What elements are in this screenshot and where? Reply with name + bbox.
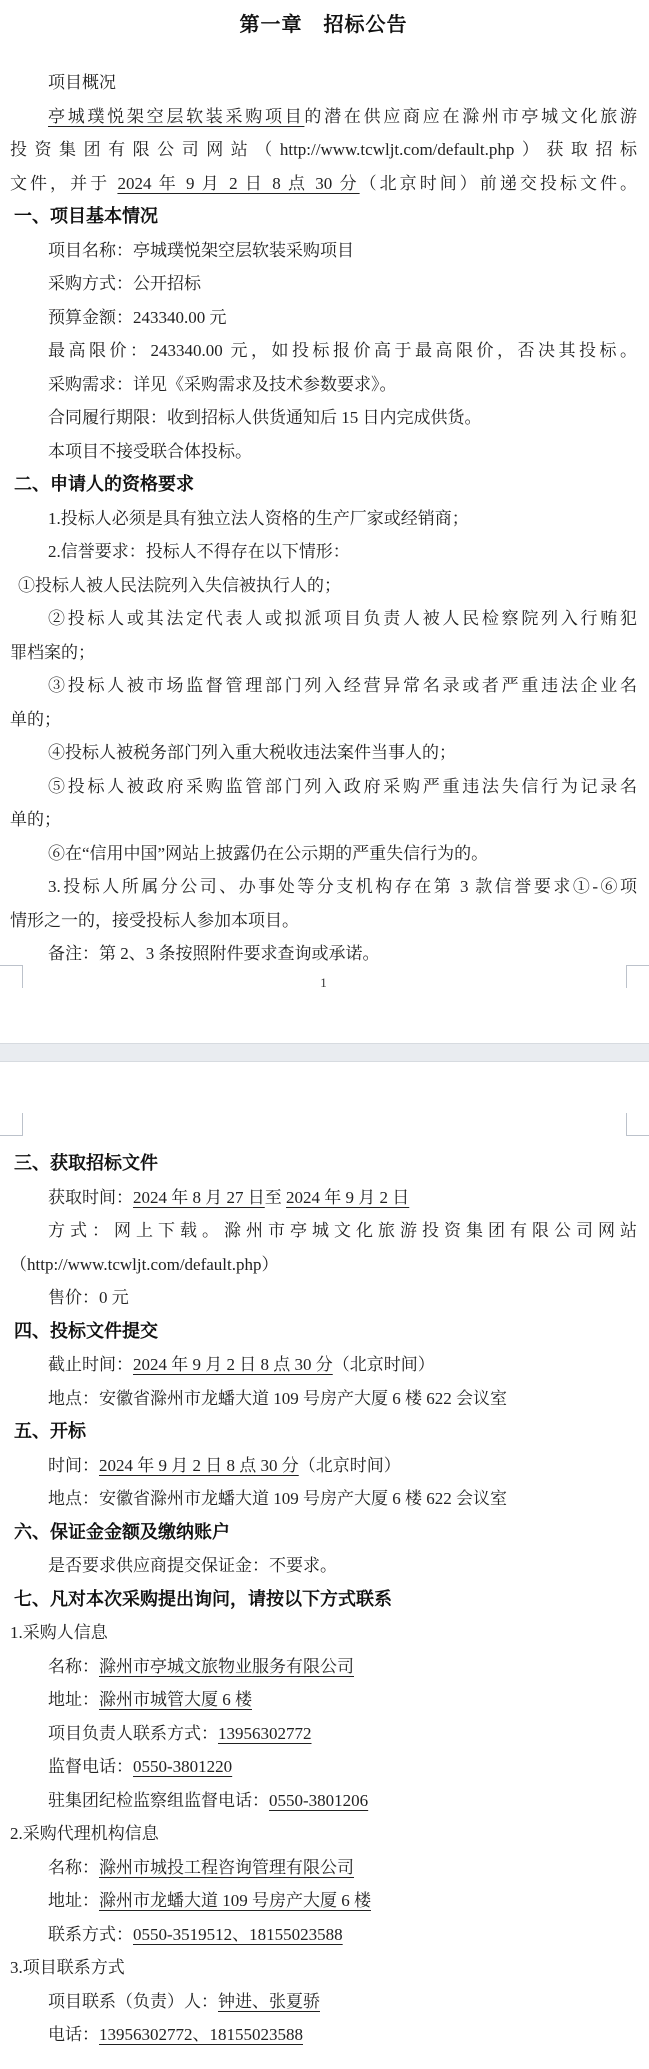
text-segment: （http://www.tcwljt.com/default.php）	[10, 1255, 279, 1274]
text-line: 备注：第 2、3 条按照附件要求查询或承诺。	[10, 937, 637, 971]
underlined-value: 滁州市亭城文旅物业服务有限公司	[99, 1657, 354, 1676]
underlined-value: 滁州市城投工程咨询管理有限公司	[99, 1858, 354, 1877]
section-heading: 四、投标文件提交	[10, 1315, 637, 1349]
section-heading: 六、保证金金额及缴纳账户	[10, 1516, 637, 1550]
text-segment: （北京时间）	[333, 1355, 435, 1374]
section-heading: 七、凡对本次采购提出询问，请按以下方式联系	[10, 1583, 637, 1617]
text-segment: 2.采购代理机构信息	[10, 1824, 159, 1843]
underlined-value: 13956302772、18155023588	[99, 2025, 303, 2044]
page-2-body: 三、获取招标文件获取时间：2024 年 8 月 27 日至 2024 年 9 月…	[10, 1147, 637, 2052]
title-spacer	[10, 44, 637, 66]
section-heading: 二、申请人的资格要求	[10, 468, 637, 502]
text-line: 方式：网上下载。滁州市亭城文化旅游投资集团有限公司网站	[10, 1214, 637, 1248]
text-segment: 时间：	[48, 1456, 99, 1475]
underlined-value: 钟进、张夏骄	[218, 1992, 320, 2011]
text-segment: 获取时间：	[48, 1188, 133, 1207]
text-line: 获取时间：2024 年 8 月 27 日至 2024 年 9 月 2 日	[10, 1181, 637, 1215]
margin-mark-bottom-left-icon	[0, 965, 23, 988]
text-segment: 截止时间：	[48, 1355, 133, 1374]
text-line: 售价：0 元	[10, 1281, 637, 1315]
text-segment: 六、保证金金额及缴纳账户	[14, 1522, 230, 1542]
text-segment: 备注：第 2、3 条按照附件要求查询或承诺。	[48, 944, 380, 963]
text-line: 3.投标人所属分公司、办事处等分支机构存在第 3 款信誉要求①-⑥项	[10, 870, 637, 904]
text-segment: 项目负责人联系方式：	[48, 1724, 218, 1743]
underlined-value: 2024 年 9 月 2 日	[286, 1188, 409, 1207]
text-segment: 合同履行期限：收到招标人供货通知后 15 日内完成供货。	[48, 408, 482, 427]
text-line: 截止时间：2024 年 9 月 2 日 8 点 30 分（北京时间）	[10, 1348, 637, 1382]
text-segment: ②投标人或其法定代表人或拟派项目负责人被人民检察院列入行贿犯	[48, 609, 637, 628]
text-segment: 文件，并于	[10, 174, 117, 193]
text-segment: 七、凡对本次采购提出询问，请按以下方式联系	[14, 1589, 392, 1609]
underlined-value: 0550-3801220	[133, 1757, 232, 1776]
text-segment: 三、获取招标文件	[14, 1153, 158, 1173]
underlined-value: 滁州市城管大厦 6 楼	[99, 1690, 252, 1709]
text-segment: 电话：	[48, 2025, 99, 2044]
text-line: 情形之一的，接受投标人参加本项目。	[10, 904, 637, 938]
text-line: 文件，并于 2024 年 9 月 2 日 8 点 30 分（北京时间）前递交投标…	[10, 167, 637, 201]
text-segment: 名称：	[48, 1858, 99, 1877]
text-segment: 一、项目基本情况	[14, 206, 158, 226]
text-line: 预算金额：243340.00 元	[10, 301, 637, 335]
underlined-value: 2024 年 8 月 27 日	[133, 1188, 265, 1207]
text-segment: 地点：安徽省滁州市龙蟠大道 109 号房产大厦 6 楼 622 会议室	[48, 1389, 507, 1408]
text-line: ④投标人被税务部门列入重大税收违法案件当事人的；	[10, 736, 637, 770]
text-segment: 方式：网上下载。滁州市亭城文化旅游投资集团有限公司网站	[48, 1221, 637, 1240]
section-heading: 三、获取招标文件	[10, 1147, 637, 1181]
text-line: 投资集团有限公司网站（http://www.tcwljt.com/default…	[10, 133, 637, 167]
text-line: 地点：安徽省滁州市龙蟠大道 109 号房产大厦 6 楼 622 会议室	[10, 1382, 637, 1416]
text-line: ②投标人或其法定代表人或拟派项目负责人被人民检察院列入行贿犯	[10, 602, 637, 636]
text-line: 2.信誉要求：投标人不得存在以下情形：	[10, 535, 637, 569]
text-segment: 采购方式：公开招标	[48, 274, 201, 293]
text-line: 合同履行期限：收到招标人供货通知后 15 日内完成供货。	[10, 401, 637, 435]
text-segment: 地址：	[48, 1891, 99, 1910]
underlined-value: 2024 年 9 月 2 日 8 点 30 分	[133, 1355, 333, 1374]
text-segment: ①投标人被人民法院列入失信被执行人的；	[18, 576, 341, 595]
text-segment: （北京时间）	[299, 1456, 401, 1475]
text-line: 名称：滁州市城投工程咨询管理有限公司	[10, 1851, 637, 1885]
page-separator	[0, 1043, 649, 1062]
text-segment: 2.信誉要求：投标人不得存在以下情形：	[48, 542, 350, 561]
doc-title: 第一章 招标公告	[10, 6, 637, 44]
text-line: 单的；	[10, 703, 637, 737]
underlined-value: 亭城璞悦架空层软装采购项目	[48, 107, 304, 126]
text-line: 项目名称：亭城璞悦架空层软装采购项目	[10, 234, 637, 268]
text-line: 1.投标人必须是具有独立法人资格的生产厂家或经销商；	[10, 502, 637, 536]
text-segment: 项目联系（负责）人：	[48, 1992, 218, 2011]
text-segment: 地址：	[48, 1690, 99, 1709]
text-line: 2.采购代理机构信息	[10, 1817, 637, 1851]
text-line: 监督电话：0550-3801220	[10, 1750, 637, 1784]
text-line: 项目概况	[10, 66, 637, 100]
page-1-body: 项目概况亭城璞悦架空层软装采购项目的潜在供应商应在滁州市亭城文化旅游投资集团有限…	[10, 66, 637, 971]
text-segment: 项目概况	[48, 73, 116, 92]
section-heading: 一、项目基本情况	[10, 200, 637, 234]
text-line: 1.采购人信息	[10, 1616, 637, 1650]
text-segment: 投资集团有限公司网站（http://www.tcwljt.com/default…	[10, 140, 637, 159]
text-segment: 预算金额：243340.00 元	[48, 308, 227, 327]
underlined-value: 2024 年 9 月 2 日 8 点 30 分	[117, 174, 359, 193]
text-line: 项目负责人联系方式：13956302772	[10, 1717, 637, 1751]
text-segment: 最高限价：243340.00 元，如投标报价高于最高限价，否决其投标。	[48, 341, 637, 360]
text-segment: 驻集团纪检监察组监督电话：	[48, 1791, 269, 1810]
text-line: 罪档案的；	[10, 636, 637, 670]
text-line: 地址：滁州市城管大厦 6 楼	[10, 1683, 637, 1717]
underlined-value: 2024 年 9 月 2 日 8 点 30 分	[99, 1456, 299, 1475]
text-segment: 是否要求供应商提交保证金：不要求。	[48, 1556, 337, 1575]
text-segment: 单的；	[10, 710, 61, 729]
text-segment: ④投标人被税务部门列入重大税收违法案件当事人的；	[48, 743, 456, 762]
text-segment: 3.项目联系方式	[10, 1958, 125, 1977]
text-segment: 地点：安徽省滁州市龙蟠大道 109 号房产大厦 6 楼 622 会议室	[48, 1489, 507, 1508]
text-line: 3.项目联系方式	[10, 1951, 637, 1985]
text-line: 地址：滁州市龙蟠大道 109 号房产大厦 6 楼	[10, 1884, 637, 1918]
text-segment: ③投标人被市场监督管理部门列入经营异常名录或者严重违法企业名	[48, 676, 637, 695]
text-segment: 单的；	[10, 810, 61, 829]
text-line: （http://www.tcwljt.com/default.php）	[10, 1248, 637, 1282]
text-segment: 五、开标	[14, 1421, 86, 1441]
text-segment: 监督电话：	[48, 1757, 133, 1776]
text-segment: 联系方式：	[48, 1925, 133, 1944]
text-line: 联系方式：0550-3519512、18155023588	[10, 1918, 637, 1952]
page-number: 1	[10, 971, 637, 995]
text-line: ①投标人被人民法院列入失信被执行人的；	[10, 569, 637, 603]
text-segment: 名称：	[48, 1657, 99, 1676]
underlined-value: 0550-3801206	[269, 1791, 368, 1810]
text-line: 采购方式：公开招标	[10, 267, 637, 301]
text-segment: 项目名称：亭城璞悦架空层软装采购项目	[48, 241, 354, 260]
document-viewer: 第一章 招标公告 项目概况亭城璞悦架空层软装采购项目的潜在供应商应在滁州市亭城文…	[0, 0, 649, 2069]
underlined-value: 0550-3519512、18155023588	[133, 1925, 343, 1944]
text-line: 本项目不接受联合体投标。	[10, 435, 637, 469]
text-segment: ⑥在“信用中国”网站上披露仍在公示期的严重失信行为的。	[48, 844, 488, 863]
text-line: 采购需求：详见《采购需求及技术参数要求》。	[10, 368, 637, 402]
section-heading: 五、开标	[10, 1415, 637, 1449]
text-line: 驻集团纪检监察组监督电话：0550-3801206	[10, 1784, 637, 1818]
text-segment: 1.采购人信息	[10, 1623, 108, 1642]
text-segment: 1.投标人必须是具有独立法人资格的生产厂家或经销商；	[48, 509, 469, 528]
text-line: 最高限价：243340.00 元，如投标报价高于最高限价，否决其投标。	[10, 334, 637, 368]
text-line: ③投标人被市场监督管理部门列入经营异常名录或者严重违法企业名	[10, 669, 637, 703]
underlined-value: 13956302772	[218, 1724, 312, 1743]
text-line: ⑥在“信用中国”网站上披露仍在公示期的严重失信行为的。	[10, 837, 637, 871]
text-segment: 罪档案的；	[10, 643, 95, 662]
text-line: 亭城璞悦架空层软装采购项目的潜在供应商应在滁州市亭城文化旅游	[10, 100, 637, 134]
page-2: 三、获取招标文件获取时间：2024 年 8 月 27 日至 2024 年 9 月…	[0, 1062, 649, 2069]
underlined-value: 滁州市龙蟠大道 109 号房产大厦 6 楼	[99, 1891, 371, 1910]
text-segment: 情形之一的，接受投标人参加本项目。	[10, 911, 299, 930]
text-line: 项目联系（负责）人：钟进、张夏骄	[10, 1985, 637, 2019]
text-line: 单的；	[10, 803, 637, 837]
text-segment: （北京时间）前递交投标文件。	[360, 174, 637, 193]
text-line: 名称：滁州市亭城文旅物业服务有限公司	[10, 1650, 637, 1684]
text-line: 地点：安徽省滁州市龙蟠大道 109 号房产大厦 6 楼 622 会议室	[10, 1482, 637, 1516]
text-segment: 至	[265, 1188, 286, 1207]
text-segment: 二、申请人的资格要求	[14, 474, 194, 494]
text-segment: 售价：0 元	[48, 1288, 129, 1307]
text-segment: ⑤投标人被政府采购监管部门列入政府采购严重违法失信行为记录名	[48, 777, 637, 796]
margin-mark-top-left-icon	[0, 1113, 23, 1136]
text-line: 时间：2024 年 9 月 2 日 8 点 30 分（北京时间）	[10, 1449, 637, 1483]
margin-mark-top-right-icon	[626, 1113, 649, 1136]
text-segment: 本项目不接受联合体投标。	[48, 442, 252, 461]
text-segment: 采购需求：详见《采购需求及技术参数要求》。	[48, 375, 397, 394]
text-segment: 3.投标人所属分公司、办事处等分支机构存在第 3 款信誉要求①-⑥项	[48, 877, 637, 896]
text-segment: 四、投标文件提交	[14, 1321, 158, 1341]
page-1: 第一章 招标公告 项目概况亭城璞悦架空层软装采购项目的潜在供应商应在滁州市亭城文…	[0, 0, 649, 1043]
text-segment: 的潜在供应商应在滁州市亭城文化旅游	[304, 107, 637, 126]
text-line: 电话：13956302772、18155023588	[10, 2018, 637, 2052]
margin-mark-bottom-right-icon	[626, 965, 649, 988]
text-line: 是否要求供应商提交保证金：不要求。	[10, 1549, 637, 1583]
text-line: ⑤投标人被政府采购监管部门列入政府采购严重违法失信行为记录名	[10, 770, 637, 804]
